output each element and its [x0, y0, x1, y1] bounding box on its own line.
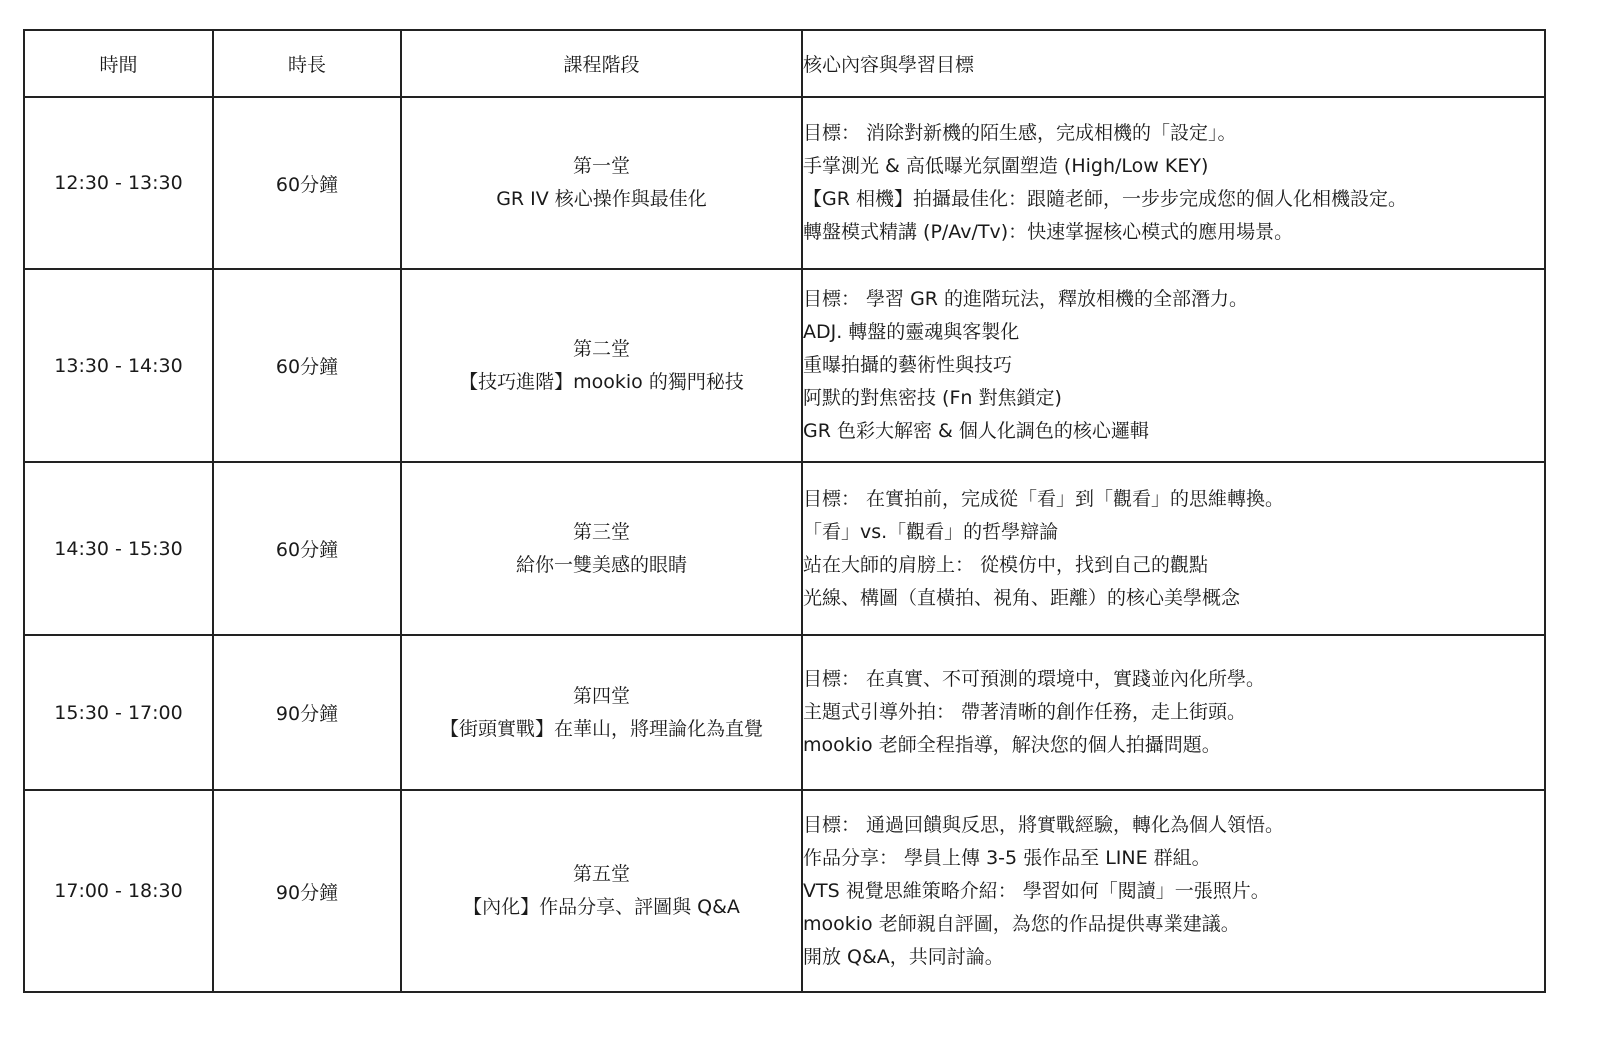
stage-title: 第五堂	[402, 858, 801, 891]
cell-stage: 第一堂 GR IV 核心操作與最佳化	[401, 97, 802, 269]
cell-stage: 第四堂 【街頭實戰】在華山，將理論化為直覺	[401, 635, 802, 790]
cell-time: 14:30 - 15:30	[24, 462, 213, 635]
content-goal: 目標： 通過回饋與反思，將實戰經驗，轉化為個人領悟。	[803, 809, 1544, 842]
content-goal: 目標： 消除對新機的陌生感，完成相機的「設定」。	[803, 117, 1544, 150]
content-item: 「看」vs.「觀看」的哲學辯論	[803, 516, 1544, 549]
content-item: 開放 Q&A，共同討論。	[803, 941, 1544, 974]
table-row: 15:30 - 17:00 90分鐘 第四堂 【街頭實戰】在華山，將理論化為直覺…	[24, 635, 1545, 790]
table-row: 14:30 - 15:30 60分鐘 第三堂 給你一雙美感的眼睛 目標： 在實拍…	[24, 462, 1545, 635]
content-item: 【GR 相機】拍攝最佳化：跟隨老師，一步步完成您的個人化相機設定。	[803, 183, 1544, 216]
content-item: 重曝拍攝的藝術性與技巧	[803, 349, 1544, 382]
content-item: 站在大師的肩膀上： 從模仿中，找到自己的觀點	[803, 549, 1544, 582]
content-item: 作品分享： 學員上傳 3-5 張作品至 LINE 群組。	[803, 842, 1544, 875]
stage-subtitle: 【街頭實戰】在華山，將理論化為直覺	[402, 713, 801, 746]
cell-duration: 60分鐘	[213, 269, 401, 462]
stage-title: 第三堂	[402, 516, 801, 549]
stage-title: 第一堂	[402, 150, 801, 183]
content-goal: 目標： 在真實、不可預測的環境中，實踐並內化所學。	[803, 663, 1544, 696]
stage-subtitle: GR IV 核心操作與最佳化	[402, 183, 801, 216]
stage-title: 第二堂	[402, 333, 801, 366]
table-row: 13:30 - 14:30 60分鐘 第二堂 【技巧進階】mookio 的獨門秘…	[24, 269, 1545, 462]
header-course-stage: 課程階段	[401, 30, 802, 97]
content-item: mookio 老師親自評圖，為您的作品提供專業建議。	[803, 908, 1544, 941]
cell-time: 13:30 - 14:30	[24, 269, 213, 462]
content-item: 轉盤模式精講 (P/Av/Tv)：快速掌握核心模式的應用場景。	[803, 216, 1544, 249]
content-item: mookio 老師全程指導，解決您的個人拍攝問題。	[803, 729, 1544, 762]
cell-content: 目標： 在真實、不可預測的環境中，實踐並內化所學。 主題式引導外拍： 帶著清晰的…	[802, 635, 1545, 790]
cell-content: 目標： 學習 GR 的進階玩法，釋放相機的全部潛力。 ADJ. 轉盤的靈魂與客製…	[802, 269, 1545, 462]
content-item: 阿默的對焦密技 (Fn 對焦鎖定)	[803, 382, 1544, 415]
cell-stage: 第五堂 【內化】作品分享、評圖與 Q&A	[401, 790, 802, 992]
cell-duration: 60分鐘	[213, 462, 401, 635]
table-row: 17:00 - 18:30 90分鐘 第五堂 【內化】作品分享、評圖與 Q&A …	[24, 790, 1545, 992]
header-duration: 時長	[213, 30, 401, 97]
stage-subtitle: 【內化】作品分享、評圖與 Q&A	[402, 891, 801, 924]
cell-duration: 90分鐘	[213, 790, 401, 992]
cell-content: 目標： 消除對新機的陌生感，完成相機的「設定」。 手掌測光 & 高低曝光氛圍塑造…	[802, 97, 1545, 269]
content-item: 手掌測光 & 高低曝光氛圍塑造 (High/Low KEY)	[803, 150, 1544, 183]
stage-subtitle: 【技巧進階】mookio 的獨門秘技	[402, 366, 801, 399]
cell-duration: 90分鐘	[213, 635, 401, 790]
cell-time: 15:30 - 17:00	[24, 635, 213, 790]
table-row: 12:30 - 13:30 60分鐘 第一堂 GR IV 核心操作與最佳化 目標…	[24, 97, 1545, 269]
content-item: ADJ. 轉盤的靈魂與客製化	[803, 316, 1544, 349]
cell-stage: 第二堂 【技巧進階】mookio 的獨門秘技	[401, 269, 802, 462]
content-item: 主題式引導外拍： 帶著清晰的創作任務，走上街頭。	[803, 696, 1544, 729]
stage-subtitle: 給你一雙美感的眼睛	[402, 549, 801, 582]
content-goal: 目標： 學習 GR 的進階玩法，釋放相機的全部潛力。	[803, 283, 1544, 316]
cell-duration: 60分鐘	[213, 97, 401, 269]
content-item: VTS 視覺思維策略介紹： 學習如何「閱讀」一張照片。	[803, 875, 1544, 908]
content-goal: 目標： 在實拍前，完成從「看」到「觀看」的思維轉換。	[803, 483, 1544, 516]
cell-time: 12:30 - 13:30	[24, 97, 213, 269]
cell-time: 17:00 - 18:30	[24, 790, 213, 992]
cell-stage: 第三堂 給你一雙美感的眼睛	[401, 462, 802, 635]
cell-content: 目標： 在實拍前，完成從「看」到「觀看」的思維轉換。 「看」vs.「觀看」的哲學…	[802, 462, 1545, 635]
cell-content: 目標： 通過回饋與反思，將實戰經驗，轉化為個人領悟。 作品分享： 學員上傳 3-…	[802, 790, 1545, 992]
table-header-row: 時間 時長 課程階段 核心內容與學習目標	[24, 30, 1545, 97]
content-item: 光線、構圖（直橫拍、視角、距離）的核心美學概念	[803, 582, 1544, 615]
header-time: 時間	[24, 30, 213, 97]
content-item: GR 色彩大解密 & 個人化調色的核心邏輯	[803, 415, 1544, 448]
stage-title: 第四堂	[402, 680, 801, 713]
header-content-goals: 核心內容與學習目標	[802, 30, 1545, 97]
course-schedule-table: 時間 時長 課程階段 核心內容與學習目標 12:30 - 13:30 60分鐘 …	[23, 29, 1546, 993]
